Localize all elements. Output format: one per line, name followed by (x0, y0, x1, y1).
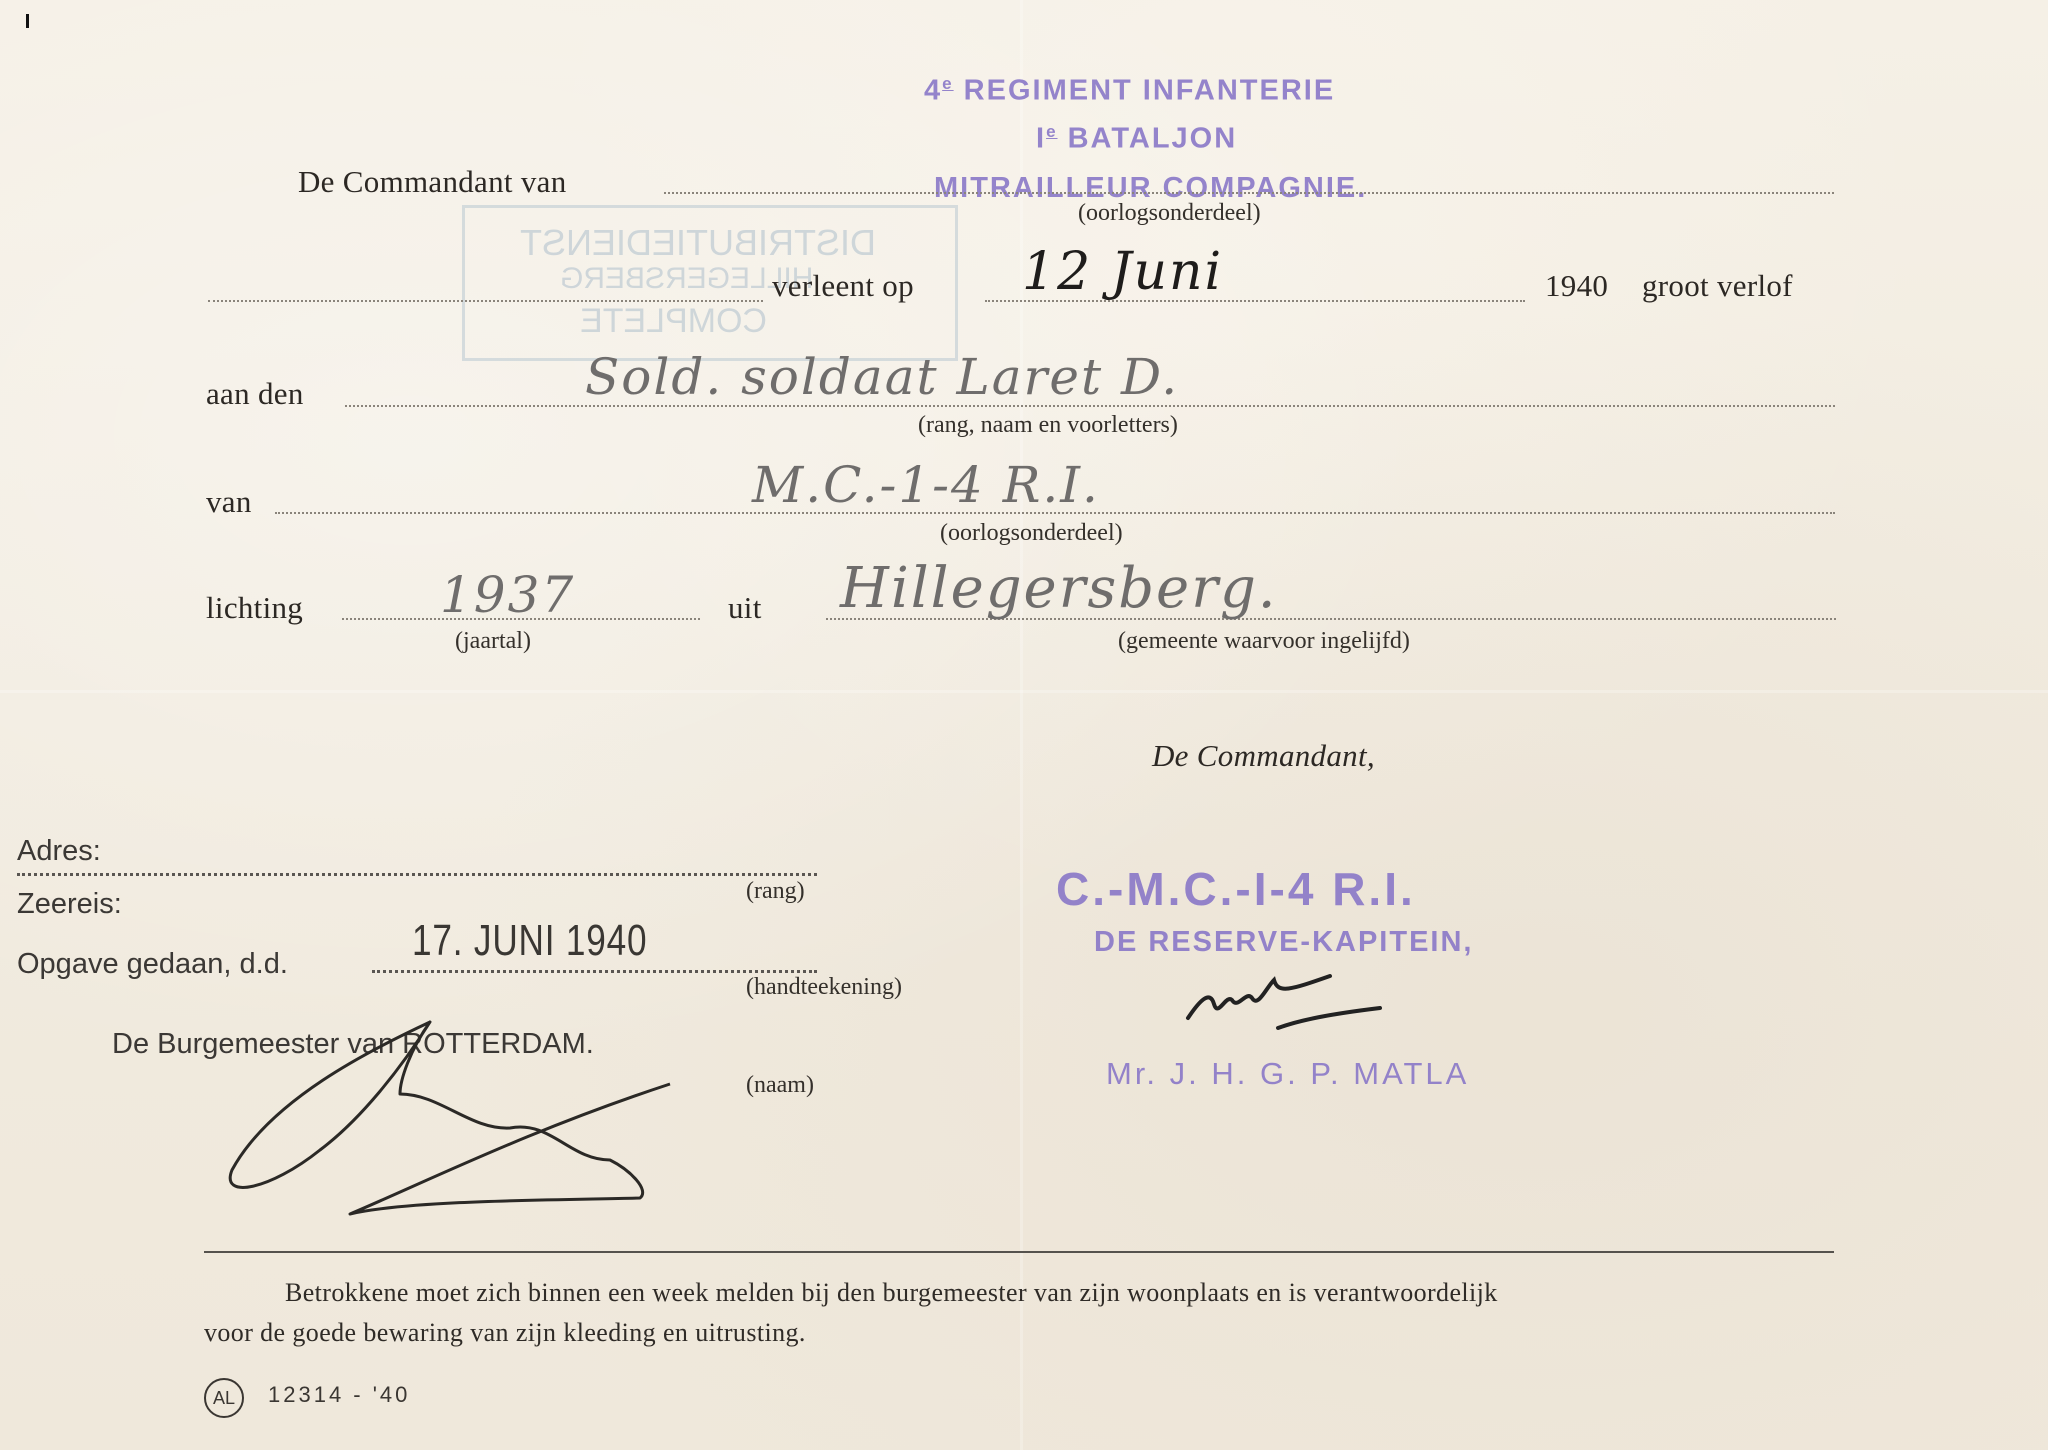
name-hint: (naam) (746, 1072, 814, 1099)
printer-code: 12314 - '40 (268, 1382, 410, 1408)
commandant-signature (1180, 960, 1390, 1040)
battalion-name: BATALJON (1068, 123, 1238, 155)
unit-stamp: C.-M.C.-I-4 R.I. (1056, 862, 1416, 916)
printer-logo-icon: AL (204, 1378, 244, 1418)
class-year-handwritten: 1937 (440, 566, 575, 624)
notice-line-1: Betrokkene moet zich binnen een week mel… (285, 1278, 1498, 1308)
grant-year: 1940 (1545, 268, 1608, 304)
recipient-hint: (rang, naam en voorletters) (918, 412, 1178, 439)
footer-rule (204, 1251, 1834, 1253)
unit-hint: (oorlogsonderdeel) (1078, 200, 1261, 227)
recipient-label: aan den (206, 376, 304, 412)
corner-mark (26, 14, 29, 28)
regiment-name: REGIMENT INFANTERIE (964, 75, 1336, 107)
unit-label: van (206, 484, 252, 520)
voyage-label: Zeereis: (17, 888, 122, 921)
unit-handwritten: M.C.-1-4 R.I. (752, 456, 1100, 514)
leave-type: groot verlof (1642, 268, 1793, 304)
signature-line (372, 970, 817, 973)
unit-field-line (664, 192, 1834, 194)
grants-label: verleent op (772, 268, 914, 304)
address-line (17, 873, 817, 876)
from-label: uit (728, 590, 762, 626)
paper-crease (1020, 0, 1023, 1450)
municipality-handwritten: Hillegersberg. (840, 556, 1278, 621)
battalion-stamp-line: Ie BATALJON (1036, 122, 1237, 156)
address-label: Adres: (17, 835, 101, 868)
ordinal-suffix: e (1046, 122, 1057, 141)
rank-stamp: DE RESERVE-KAPITEIN, (1094, 926, 1473, 959)
regiment-stamp-line: 4e REGIMENT INFANTERIE (924, 74, 1335, 108)
ghost-stamp-line: DISTRIBUTIEDIENST (520, 222, 876, 264)
regiment-number: 4 (924, 75, 942, 107)
class-label: lichting (206, 590, 303, 626)
ghost-stamp-line: COMPLETE (580, 302, 767, 341)
paper-crease (0, 690, 2048, 693)
blank-field-line (208, 300, 763, 302)
commandant-label: De Commandant van (298, 164, 567, 200)
commandant-title: De Commandant, (1152, 738, 1375, 774)
ordinal-suffix: e (942, 74, 953, 93)
municipality-hint: (gemeente waarvoor ingelijfd) (1118, 628, 1410, 655)
rank-hint: (rang) (746, 878, 805, 905)
report-date-stamp: 17. JUNI 1940 (412, 916, 647, 966)
recipient-handwritten: Sold. soldaat Laret D. (585, 348, 1179, 406)
report-label: Opgave gedaan, d.d. (17, 948, 288, 981)
class-year-hint: (jaartal) (455, 628, 531, 655)
mayor-signature (210, 1010, 680, 1220)
notice-line-2: voor de goede bewaring van zijn kleeding… (204, 1318, 806, 1348)
name-stamp: Mr. J. H. G. P. MATLA (1106, 1056, 1469, 1092)
battalion-number: I (1036, 123, 1046, 155)
grant-date-handwritten: 12 Juni (1022, 242, 1223, 302)
unit-row-hint: (oorlogsonderdeel) (940, 520, 1123, 547)
signature-hint: (handteekening) (746, 974, 902, 1001)
